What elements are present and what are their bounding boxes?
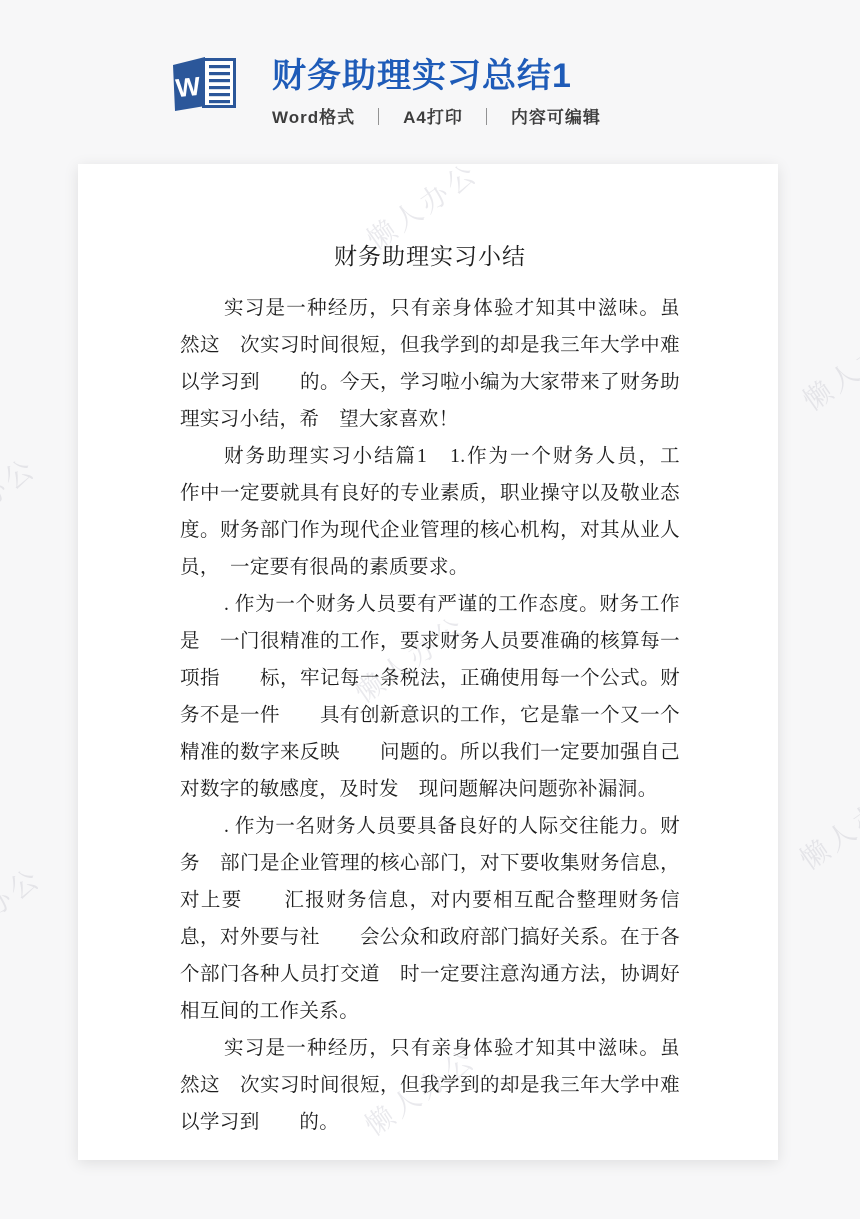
file-meta: Word格式 ｜ A4打印 ｜ 内容可编辑 [272, 103, 601, 128]
watermark: 懒人办公 [0, 857, 49, 963]
separator: ｜ [370, 103, 388, 128]
separator: ｜ [478, 103, 496, 128]
document-title: 财务助理实习小结 [180, 242, 680, 272]
document-paragraph: 财务助理实习小结篇1 1.作为一个财务人员，工 作中一定要就具有良好的专业素质，… [180, 438, 680, 586]
document-paragraph: . 作为一个财务人员要有严谨的工作态度。财务工作是 一门很精准的工作，要求财务人… [180, 586, 680, 808]
watermark: 懒人办公 [0, 447, 44, 553]
word-icon: W [163, 55, 239, 123]
print-label: A4打印 [403, 103, 463, 128]
document-paragraph: . 作为一名财务人员要具备良好的人际交往能力。财务 部门是企业管理的核心部门，对… [180, 808, 680, 1030]
document-paragraph: 实习是一种经历，只有亲身体验才知其中滋味。虽然这 次实习时间很短，但我学到的却是… [180, 290, 680, 438]
watermark: 懒人办公 [791, 772, 860, 878]
page-title: 财务助理实习总结1 [272, 48, 572, 97]
header: W 财务助理实习总结1 Word格式 ｜ A4打印 ｜ 内容可编辑 [0, 0, 860, 150]
document-body: 实习是一种经历，只有亲身体验才知其中滋味。虽然这 次实习时间很短，但我学到的却是… [180, 290, 680, 1141]
format-label: Word格式 [272, 103, 355, 128]
editable-label: 内容可编辑 [511, 103, 601, 128]
watermark: 懒人办公 [794, 313, 860, 419]
svg-text:W: W [174, 71, 202, 103]
document-content: 财务助理实习小结 实习是一种经历，只有亲身体验才知其中滋味。虽然这 次实习时间很… [180, 242, 680, 1141]
document-paragraph: 实习是一种经历，只有亲身体验才知其中滋味。虽然这 次实习时间很短，但我学到的却是… [180, 1030, 680, 1141]
document-page: 财务助理实习小结 实习是一种经历，只有亲身体验才知其中滋味。虽然这 次实习时间很… [78, 164, 778, 1160]
